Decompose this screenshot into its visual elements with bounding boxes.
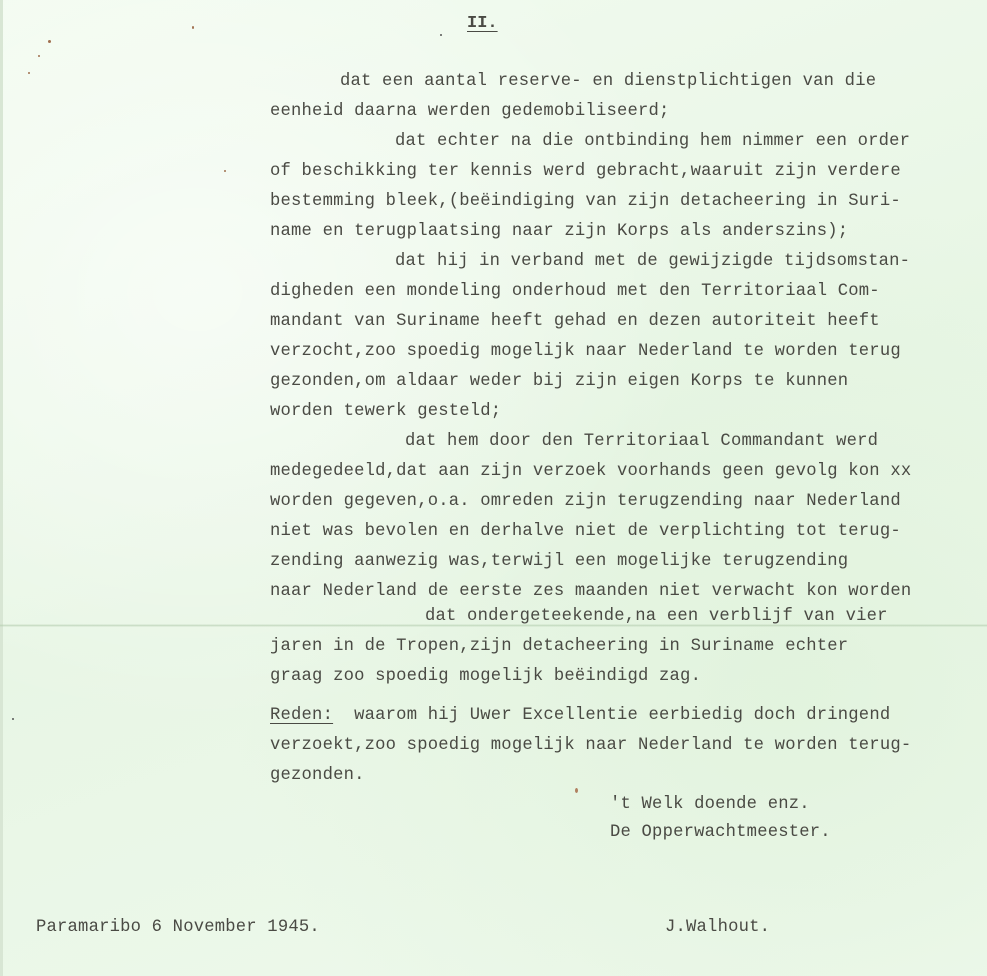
reden-line-1: Reden: waarom hij Uwer Excellentie eerbi… [270, 706, 890, 726]
closing-line-2: De Opperwachtmeester. [610, 823, 831, 843]
paper-speck [440, 34, 442, 36]
body-line: eenheid daarna werden gedemobiliseerd; [270, 102, 670, 122]
reden-text: waarom hij Uwer Excellentie eerbiedig do… [333, 706, 890, 725]
paper-speck [192, 26, 194, 29]
page-edge [0, 0, 3, 976]
reden-label: Reden: [270, 706, 333, 725]
body-line: dat ondergeteekende,na een verblijf van … [425, 607, 888, 627]
body-line: name en terugplaatsing naar zijn Korps a… [270, 222, 848, 242]
signature: J.Walhout. [665, 918, 770, 938]
body-line: worden tewerk gesteld; [270, 402, 501, 422]
paper-speck [48, 40, 51, 43]
body-line: mandant van Suriname heeft gehad en deze… [270, 312, 880, 332]
reden-line-3: gezonden. [270, 766, 365, 786]
paper-speck [575, 788, 578, 793]
body-line: dat hij in verband met de gewijzigde tij… [395, 252, 910, 272]
paper-speck [12, 718, 14, 720]
place-date: Paramaribo 6 November 1945. [36, 918, 320, 938]
body-line: bestemming bleek,(beëindiging van zijn d… [270, 192, 901, 212]
body-line: medegedeeld,dat aan zijn verzoek voorhan… [270, 462, 911, 482]
body-line: graag zoo spoedig mogelijk beëindigd zag… [270, 667, 701, 687]
closing-line-1: 't Welk doende enz. [610, 795, 810, 815]
paper-speck [224, 170, 226, 172]
paper-speck [38, 55, 40, 57]
body-line: dat een aantal reserve- en dienstplichti… [340, 72, 876, 92]
body-line: of beschikking ter kennis werd gebracht,… [270, 162, 901, 182]
body-line: gezonden,om aldaar weder bij zijn eigen … [270, 372, 848, 392]
body-line: verzocht,zoo spoedig mogelijk naar Neder… [270, 342, 901, 362]
body-line: dat echter na die ontbinding hem nimmer … [395, 132, 910, 152]
body-line: worden gegeven,o.a. omreden zijn terugze… [270, 492, 901, 512]
body-line: niet was bevolen en derhalve niet de ver… [270, 522, 901, 542]
paper-speck [28, 72, 30, 74]
body-line: digheden een mondeling onderhoud met den… [270, 282, 880, 302]
page-number-heading: II. [467, 14, 498, 33]
body-line: jaren in de Tropen,zijn detacheering in … [270, 637, 848, 657]
body-line: naar Nederland de eerste zes maanden nie… [270, 582, 911, 602]
reden-line-2: verzoekt,zoo spoedig mogelijk naar Neder… [270, 736, 911, 756]
body-line: zending aanwezig was,terwijl een mogelij… [270, 552, 848, 572]
body-line: dat hem door den Territoriaal Commandant… [405, 432, 878, 452]
